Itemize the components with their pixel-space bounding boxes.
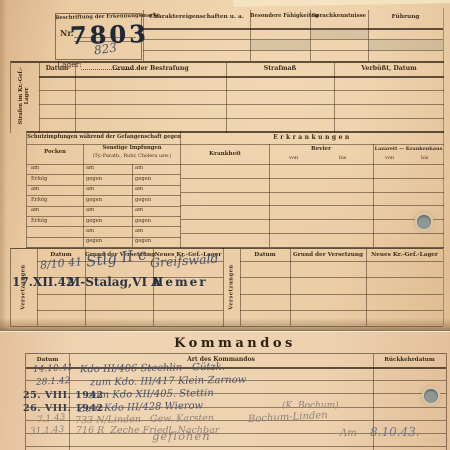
divider-line: [75, 63, 76, 133]
col-header-return-date: Rückkehrdatum: [373, 357, 446, 363]
col-header-date: Datum: [26, 357, 69, 363]
divider-line: [27, 164, 181, 165]
vaccinations-table: Schutzimpfungen während der Gefangenscha…: [26, 131, 181, 248]
scan-shading: [368, 39, 443, 50]
row-label-gegen: gegen: [86, 198, 102, 203]
row-label-am: am: [135, 166, 143, 171]
col-header-disease: Krankheit: [181, 151, 269, 157]
kommando-entry-escaped: geflohen: [152, 431, 211, 443]
row-label-am: am: [86, 166, 94, 171]
divider-line: [37, 310, 223, 311]
scan-shading: [310, 28, 368, 39]
row-label-gegen: gegen: [86, 219, 102, 224]
row-label-erfolg: Erfolg: [31, 198, 47, 203]
transfers-side-label-text: Versetzungen: [228, 264, 234, 309]
divider-line: [181, 144, 444, 145]
transfer-stamp-location: Hemer: [152, 276, 208, 288]
row-label-am: am: [31, 187, 39, 192]
divider-line: [269, 144, 270, 247]
row-label-gegen: gegen: [86, 239, 102, 244]
punch-hole: [417, 215, 431, 229]
divider-line: [240, 294, 443, 295]
divider-line: [27, 185, 181, 186]
punishments-side-label: Strafen im Kr.-Gef.-Lager: [10, 61, 38, 131]
transfer-stamp-camp: M-Stalag,VI A: [67, 276, 161, 288]
row-label-gegen: gegen: [135, 219, 151, 224]
divider-line: [39, 118, 444, 119]
col-header-hospital: Lazarett — Krankenhaus: [373, 147, 444, 152]
row-label-gegen: gegen: [135, 177, 151, 182]
divider-line: [26, 446, 446, 447]
divider-line: [27, 206, 181, 207]
transfers-side-label-right: Versetzungen: [222, 248, 240, 325]
divider-line: [226, 63, 227, 133]
col-header-other-vaccinations-detail: (Ty.-Parath., Ruhr, Cholera usw.): [83, 154, 181, 159]
divider-line: [39, 76, 444, 78]
transfer-stamp-date: 17.XII.42: [12, 276, 74, 288]
row-label-am: am: [86, 187, 94, 192]
divider-line: [373, 144, 374, 247]
row-label-am: am: [31, 208, 39, 213]
row-label-am: am: [86, 229, 94, 234]
kommando-date: 28.1.42: [36, 377, 71, 388]
kommando-note: (K. Bochum): [282, 402, 339, 411]
divider-line: [39, 90, 444, 91]
divider-line: [27, 174, 181, 175]
traits-table: Charaktereigenschaften u. a. Besondere F…: [143, 10, 443, 61]
row-label-am: am: [135, 187, 143, 192]
col-header-traits: Charaktereigenschaften u. a.: [143, 14, 250, 20]
divider-line: [27, 216, 181, 217]
col-header-smallpox: Pocken: [27, 150, 83, 156]
label-von: von: [289, 156, 298, 161]
transfers-table-right: Datum Grund der Versetzung Neues Kr.-Gef…: [222, 248, 443, 327]
label-von: von: [385, 156, 394, 161]
divider-line: [181, 178, 444, 179]
kommando-entry: 733 N/Linden Gew. Karsten: [75, 414, 214, 426]
divider-line: [181, 205, 444, 206]
divider-line: [181, 164, 444, 165]
divider-line: [181, 219, 444, 220]
divider-line: [240, 277, 443, 278]
col-header-other-vaccinations: Sonstige Impfungen: [83, 146, 181, 152]
divider-line: [27, 195, 181, 196]
label-bis: bis: [339, 156, 346, 161]
label-bis: bis: [421, 156, 428, 161]
transfer-entry-date: 8/10 41: [40, 256, 83, 271]
divider-line: [181, 233, 444, 234]
divider-line: [27, 237, 181, 238]
col-header-abilities: Besondere Fähigkeiten: [250, 14, 310, 20]
divider-line: [39, 63, 40, 133]
row-label-erfolg: Erfolg: [31, 219, 47, 224]
divider-line: [37, 294, 223, 295]
row-label-erfolg: Erfolg: [31, 177, 47, 182]
scanned-pow-record-card: Beschriftung der Erkennungsmarke Nr. 780…: [0, 0, 450, 450]
row-label-am: am: [31, 166, 39, 171]
col-header-languages: Sprachkenntnisse: [310, 14, 368, 20]
col-header-date: Datum: [240, 252, 290, 258]
handwritten-number: 823: [93, 41, 117, 56]
col-header-punishment-reason: Grund der Bestrafung: [75, 66, 226, 73]
divider-line: [27, 226, 181, 227]
col-header-sickbay: Revier: [269, 146, 373, 152]
illnesses-table: Erkrankungen Krankheit Revier von bis La…: [180, 131, 444, 248]
col-header-date: Datum: [39, 66, 75, 73]
illnesses-title: Erkrankungen: [181, 135, 444, 142]
divider-line: [240, 261, 443, 262]
divider-line: [83, 144, 84, 247]
row-label-gegen: gegen: [135, 239, 151, 244]
divider-line: [334, 63, 335, 133]
divider-line: [143, 28, 443, 30]
divider-line: [143, 50, 443, 51]
row-label-gegen: gegen: [86, 177, 102, 182]
divider-line: [39, 104, 444, 105]
vaccinations-title: Schutzimpfungen während der Gefangenscha…: [27, 135, 181, 141]
punch-hole: [424, 389, 438, 403]
col-header-penalty: Strafmaß: [226, 66, 334, 73]
card-overlap-shadow: [0, 318, 450, 331]
return-date: 8.10.43.: [370, 426, 420, 438]
row-label-gegen: gegen: [135, 198, 151, 203]
divider-line: [132, 164, 133, 247]
punishments-table: Datum Grund der Bestrafung Strafmaß Verb…: [10, 61, 444, 133]
paper-edge-left: [0, 0, 7, 330]
return-date-prefix: Am: [340, 429, 357, 439]
punishments-side-label-text: Strafen im Kr.-Gef.-Lager: [18, 65, 30, 127]
row-label-am: am: [86, 208, 94, 213]
col-header-served-date: Verbüßt, Datum: [334, 66, 444, 73]
scan-shading: [250, 39, 310, 50]
divider-line: [240, 310, 443, 311]
col-header-new-camp: Neues Kr.-Gef.-Lager: [366, 252, 443, 258]
col-header-transfer-reason: Grund der Versetzung: [290, 252, 366, 258]
row-label-am: am: [135, 208, 143, 213]
row-label-am: am: [135, 229, 143, 234]
divider-line: [181, 192, 444, 193]
kommandos-title: Kommandos: [25, 337, 445, 351]
col-header-conduct: Führung: [368, 14, 443, 20]
